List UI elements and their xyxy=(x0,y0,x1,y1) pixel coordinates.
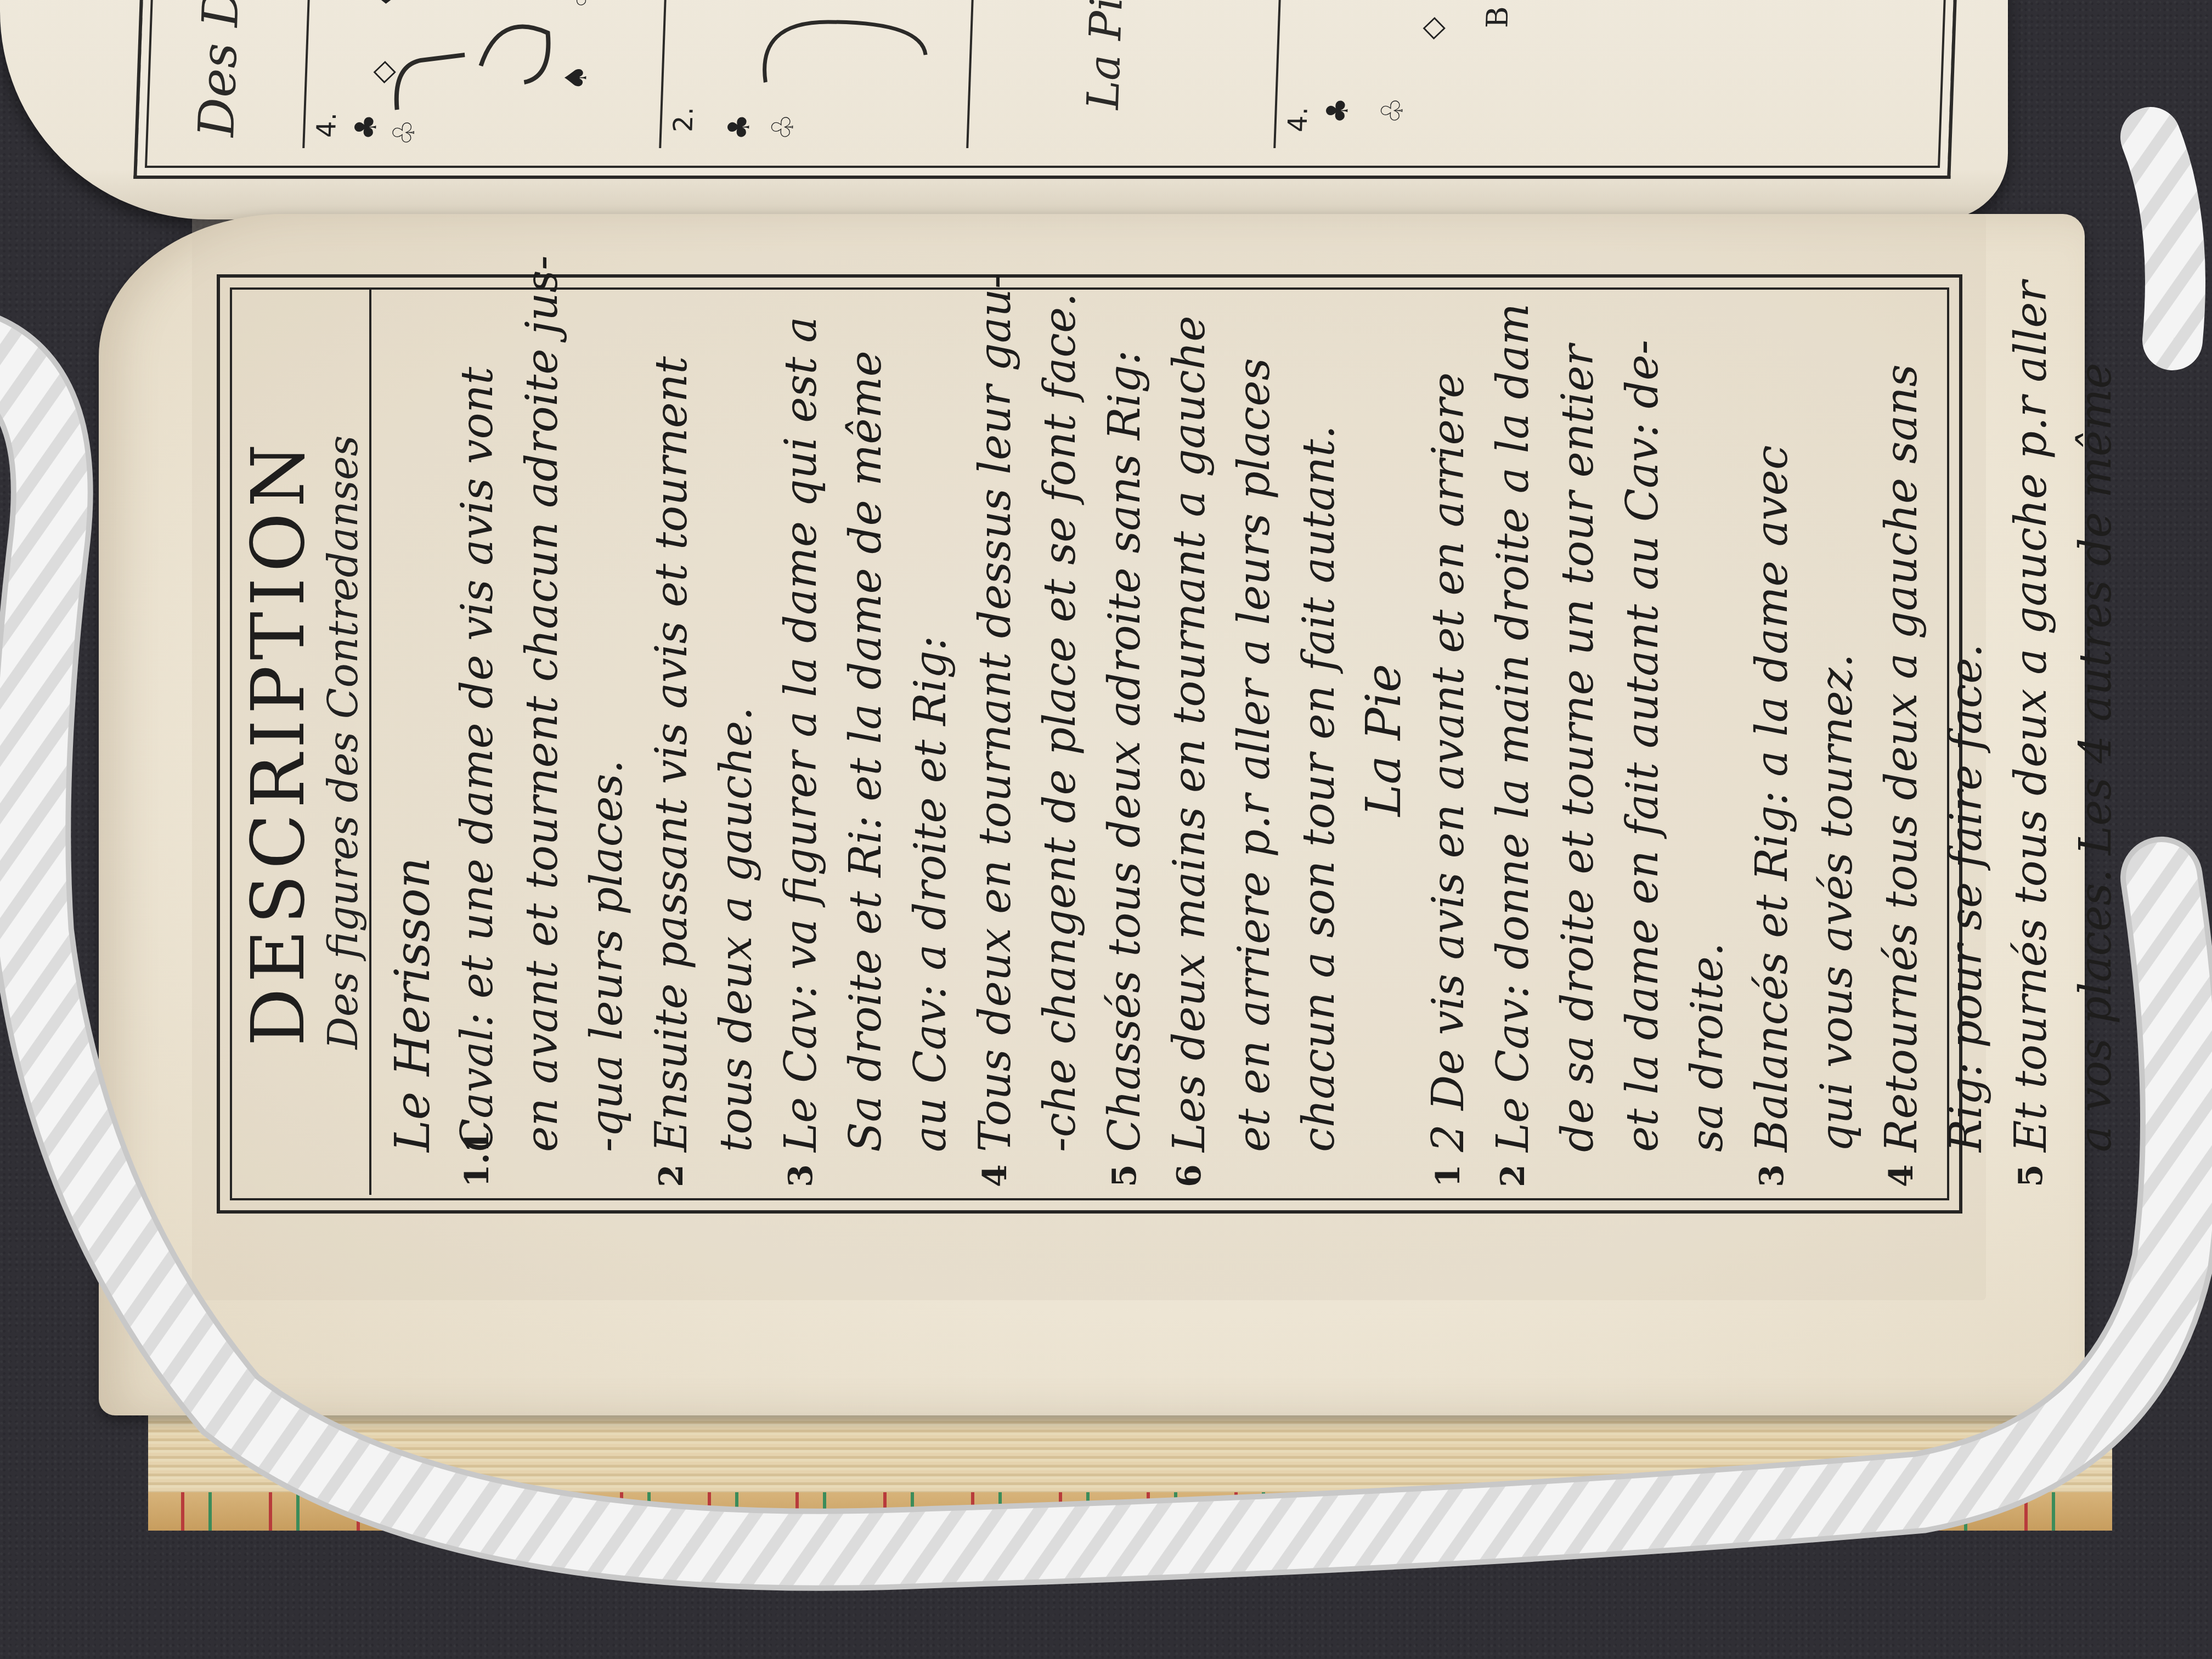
diamond-outline-icon: ◇ xyxy=(1414,17,1449,40)
page-title: DESCRIPTION xyxy=(238,290,320,1195)
facing-label-des: Des D xyxy=(188,0,251,137)
book: DESCRIPTION Des figures des Contredanses… xyxy=(143,214,2118,1547)
club-filled-icon: ♣ xyxy=(348,114,383,140)
text-line: 4Tous deux en tournant dessus leur gau- xyxy=(963,295,1028,1185)
facing-label-la-pie: La Pie xyxy=(1077,0,1133,110)
text-line: au Cav: a droite et Rig: xyxy=(898,295,963,1185)
letter-b: B xyxy=(1480,7,1515,29)
text-line: 3Balancés et Rig: a la dame avec xyxy=(1740,295,1804,1185)
facing-cell-figure-4a: ♦ ♧ ◇ ♠ ♣ ♧ 4. xyxy=(302,0,668,148)
facing-page-frame: Des D ♦ ♧ ◇ ♠ ♣ ♧ 4. ♣ ♧ 2. La Pie ◇ xyxy=(133,0,1957,179)
figure-path-icon xyxy=(386,0,566,121)
rotated-content: DESCRIPTION Des figures des Contredanses… xyxy=(232,290,1944,1195)
text-line: 12 De vis avis en avant et en arriere xyxy=(1416,295,1481,1185)
text-line: Rig: pour se faire face. xyxy=(1934,295,1999,1185)
club-outline-icon: ♧ xyxy=(561,0,597,9)
text-line: de sa droite et tourne un tour entier xyxy=(1545,295,1610,1185)
club-outline-icon: ♧ xyxy=(386,119,422,145)
club-filled-icon: ♣ xyxy=(721,114,757,140)
text-line: en avant et tournent chacun adroite jus- xyxy=(510,295,574,1185)
text-line: 3Le Cav: va figurer a la dame qui est a xyxy=(769,295,833,1185)
figure-number: 2. xyxy=(668,107,699,132)
text-line: et la dame en fait autant au Cav: de- xyxy=(1610,295,1675,1185)
text-line: 5Et tournés tous deux a gauche p.r aller xyxy=(1999,295,2063,1185)
spade-icon: ♠ xyxy=(558,64,594,91)
engraved-frame: DESCRIPTION Des figures des Contredanses… xyxy=(217,274,1962,1214)
text-line: sa droite. xyxy=(1675,295,1740,1185)
line-number: 1.1 xyxy=(445,1130,510,1187)
facing-page: Des D ♦ ♧ ◇ ♠ ♣ ♧ 4. ♣ ♧ 2. La Pie ◇ xyxy=(0,0,2008,219)
club-filled-icon: ♣ xyxy=(1319,97,1355,123)
club-outline-icon: ♧ xyxy=(1374,97,1410,123)
text-line: 1.1Caval: et une dame de vis avis vont xyxy=(445,295,510,1185)
facing-cell-title: Des D xyxy=(138,0,311,148)
text-line: et en arriere p.r aller a leurs places xyxy=(1222,295,1286,1185)
text-line: 4Retournés tous deux a gauche sans xyxy=(1869,295,1934,1185)
marbled-edge xyxy=(148,1492,2112,1531)
facing-cell-title-2: La Pie xyxy=(966,0,1282,148)
text-line: a vos places. Les 4 autres de même xyxy=(2063,295,2128,1185)
figure-number: 4. xyxy=(311,112,343,138)
engraved-frame-inner: DESCRIPTION Des figures des Contredanses… xyxy=(230,287,1949,1200)
text-line: Sa droite et Ri: et la dame de même xyxy=(833,295,898,1185)
facing-cell-figure-4b: ◇ B ♣ ♧ 4. xyxy=(1273,0,1949,148)
dance-title-la-pie: La Pie xyxy=(1351,295,1416,1185)
book-page: DESCRIPTION Des figures des Contredanses… xyxy=(99,214,2085,1415)
text-line: 2Ensuite passant vis avis et tournent xyxy=(639,295,704,1185)
dance-title-herisson: Le Herisson xyxy=(380,295,445,1185)
text-line: -qua leurs places. xyxy=(574,295,639,1185)
club-outline-icon: ♧ xyxy=(765,114,800,140)
text-line: qui vous avés tournez. xyxy=(1804,295,1869,1185)
figure-curve-icon xyxy=(743,0,944,110)
text-line: tous deux a gauche. xyxy=(704,295,769,1185)
body-text: Le Herisson 1.1Caval: et une dame de vis… xyxy=(380,295,2128,1185)
text-line: 5Chassés tous deux adroite sans Rig: xyxy=(1092,295,1157,1185)
text-line: 6Les deux mains en tournant a gauche xyxy=(1157,295,1222,1185)
facing-cell-figure-2: ♣ ♧ 2. xyxy=(659,0,975,148)
text-line: 2Le Cav: donne la main droite a la dam xyxy=(1481,295,1545,1185)
text-line: -che changent de place et se font face. xyxy=(1028,295,1092,1185)
text-line: chacun a son tour en fait autant. xyxy=(1286,295,1351,1185)
page-subtitle: Des figures des Contredanses xyxy=(320,290,367,1195)
title-band: DESCRIPTION Des figures des Contredanses xyxy=(232,290,371,1195)
figure-number: 4. xyxy=(1282,107,1314,132)
